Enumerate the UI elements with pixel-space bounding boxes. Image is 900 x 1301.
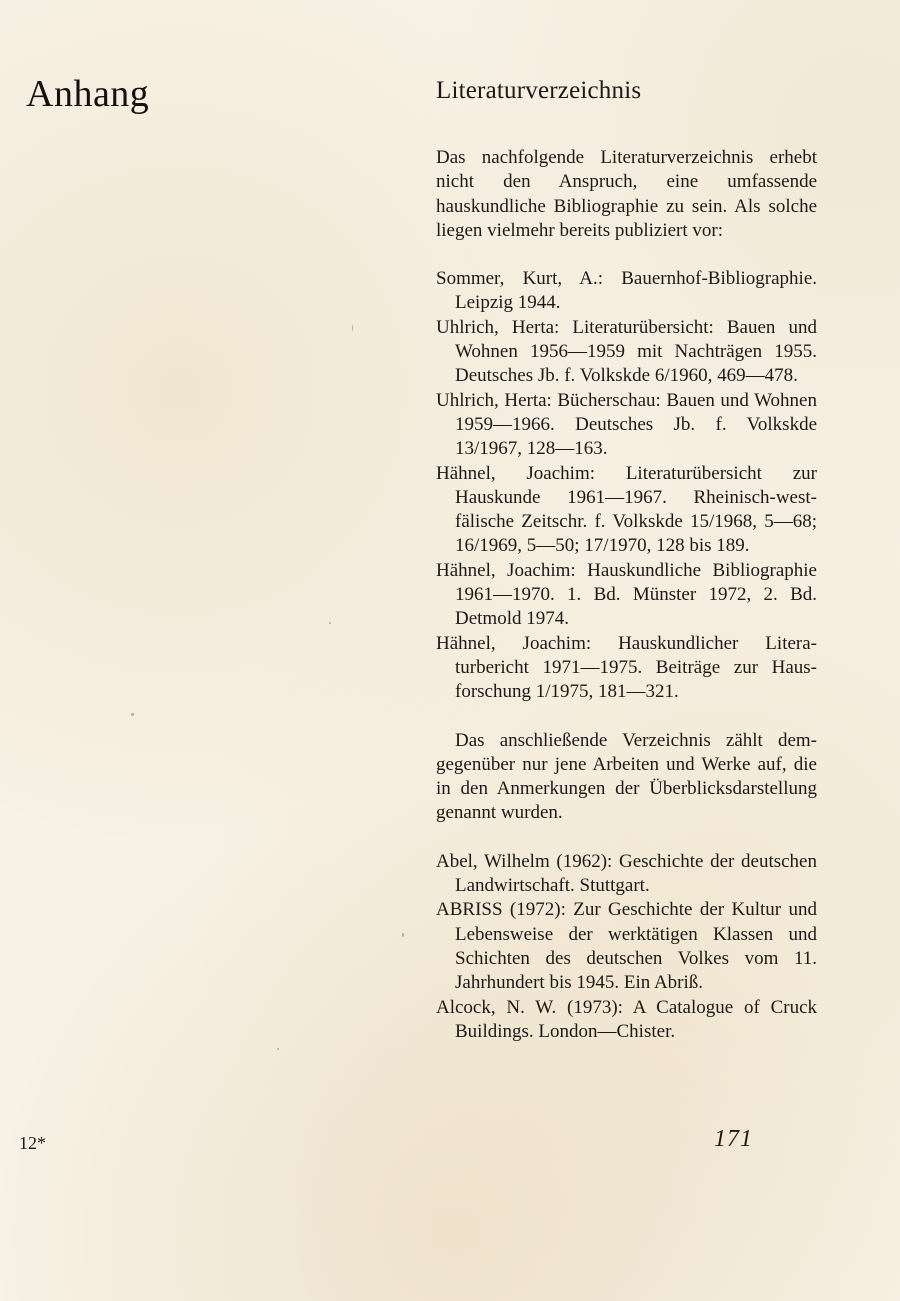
intro-paragraph: Das nachfolgende Literaturverzeichnis er… bbox=[436, 146, 817, 243]
page-number: 171 bbox=[714, 1126, 753, 1153]
bibliography-entry: Sommer, Kurt, A.: Bauernhof-Bibliogra­ph… bbox=[436, 267, 817, 316]
paper-speck bbox=[131, 713, 134, 716]
section-title: Anhang bbox=[26, 72, 149, 116]
paper-speck bbox=[402, 933, 404, 937]
spacer bbox=[436, 826, 817, 850]
paper-speck bbox=[329, 622, 331, 624]
spacer bbox=[436, 705, 817, 729]
existing-bibliographies-list: Sommer, Kurt, A.: Bauernhof-Bibliogra­ph… bbox=[436, 267, 817, 704]
bibliography-heading: Literaturverzeichnis bbox=[436, 76, 817, 106]
reference-entry: ABRISS (1972): Zur Geschichte der Kultur… bbox=[436, 898, 817, 995]
reference-list: Abel, Wilhelm (1962): Geschichte der deu… bbox=[436, 850, 817, 1044]
bibliography-entry: Hähnel, Joachim: Hauskundliche Biblio­gr… bbox=[436, 559, 817, 632]
spacer bbox=[436, 243, 817, 267]
paper-speck bbox=[352, 325, 353, 331]
bibliography-entry: Hähnel, Joachim: Literaturübersicht zur … bbox=[436, 462, 817, 559]
reference-entry: Alcock, N. W. (1973): A Catalogue of Cru… bbox=[436, 996, 817, 1045]
bibliography-entry: Uhlrich, Herta: Bücherschau: Bauen und W… bbox=[436, 389, 817, 462]
reference-entry: Abel, Wilhelm (1962): Geschichte der deu… bbox=[436, 850, 817, 899]
bibliography-column: Literaturverzeichnis Das nachfolgende Li… bbox=[436, 76, 817, 1044]
bibliography-entry: Uhlrich, Herta: Literaturübersicht: Baue… bbox=[436, 316, 817, 389]
signature-mark: 12* bbox=[19, 1133, 46, 1154]
paper-speck bbox=[277, 1048, 279, 1050]
second-paragraph: Das anschließende Verzeichnis zählt dem­… bbox=[436, 729, 817, 826]
bibliography-entry: Hähnel, Joachim: Hauskundlicher Litera­t… bbox=[436, 632, 817, 705]
